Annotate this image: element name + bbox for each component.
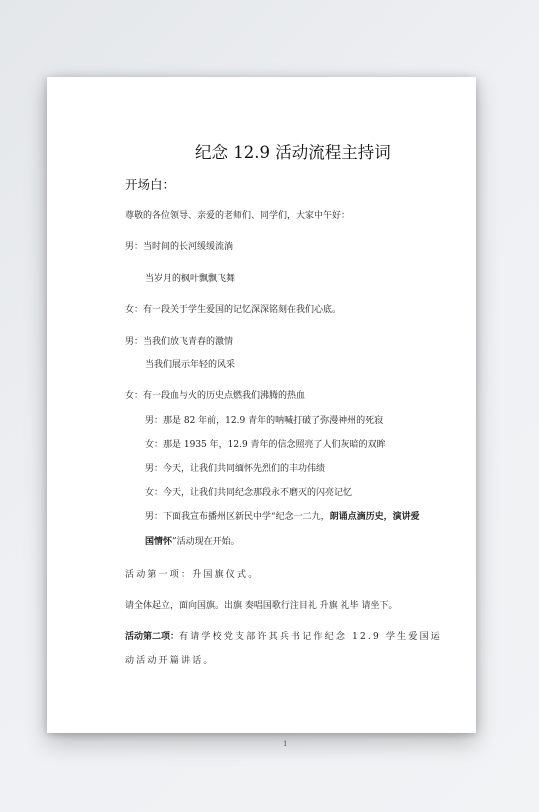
program-item-1-instruction: 请全体起立，面向国旗。出旗 奏唱国歌行注目礼 升旗 礼毕 请坐下。 (125, 602, 397, 611)
program-item-2-cont: 动活动开篇讲话。 (125, 657, 215, 666)
script-line: 男：今天，让我们共同缅怀先烈们的丰功伟绩 (145, 465, 325, 474)
greeting-line: 尊敬的各位领导、亲爱的老师们、同学们，大家中午好： (125, 212, 350, 221)
page-number: 1 (283, 741, 287, 748)
announcement-text-bold: 国情怀 (145, 537, 172, 547)
script-line: 女：有一段关于学生爱国的记忆深深铭刻在我们心底。 (125, 306, 341, 315)
program-item-2-text: 有请学校党支部许其兵书记作纪念 12.9 学生爱国运 (179, 632, 442, 642)
program-item-2-label: 活动第二项： (125, 632, 179, 642)
script-line: 当岁月的枫叶飘飘飞舞 (145, 275, 235, 284)
script-line-announcement-cont: 国情怀”活动现在开始。 (145, 538, 240, 547)
script-line: 男：当我们放飞青春的激情 (125, 338, 233, 347)
script-line: 男：当时间的长河缓缓流淌 (125, 243, 233, 252)
script-line: 女：有一段血与火的历史点燃我们沸腾的热血 (125, 392, 305, 401)
section-heading-opening: 开场白： (125, 179, 175, 192)
script-line-announcement: 男：下面我宣布播州区新民中学“纪念一二九，朗诵点滴历史，演讲爱 (145, 513, 420, 522)
script-line: 女：今天，让我们共同纪念那段永不磨灭的闪亮记忆 (145, 489, 352, 498)
script-line: 男：那是 82 年前，12.9 青年的呐喊打破了弥漫神州的死寂 (145, 417, 383, 426)
announcement-text-bold: 朗诵点滴历史，演讲爱 (330, 512, 420, 522)
document-title: 纪念 12.9 活动流程主持词 (195, 145, 391, 162)
document-page: 纪念 12.9 活动流程主持词 开场白： 尊敬的各位领导、亲爱的老师们、同学们，… (47, 77, 476, 733)
announcement-text: 男：下面我宣布播州区新民中学“纪念一二九， (145, 512, 330, 522)
script-line: 当我们展示年轻的风采 (145, 361, 235, 370)
announcement-text: ”活动现在开始。 (172, 537, 240, 547)
script-line: 女：那是 1935 年，12.9 青年的信念照亮了人们灰暗的双眸 (145, 441, 386, 450)
program-item-2: 活动第二项：有请学校党支部许其兵书记作纪念 12.9 学生爱国运 (125, 633, 442, 642)
program-item-1: 活动第一项：升国旗仪式。 (125, 571, 259, 580)
